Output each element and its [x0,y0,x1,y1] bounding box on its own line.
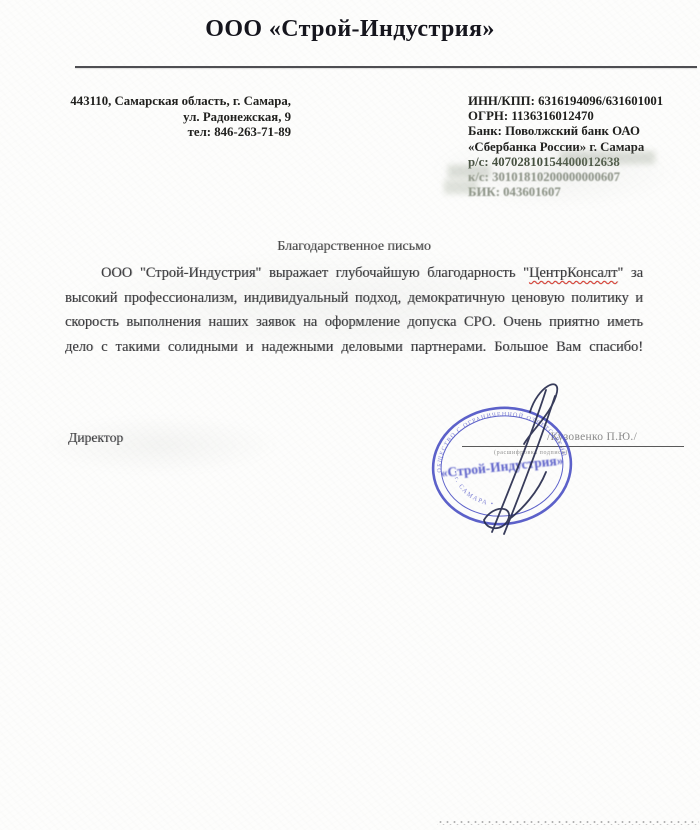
letter-line1-pre: ООО "Строй-Индустрия" выражает глубочайш… [101,265,529,281]
header-divider [75,66,697,68]
company-requisites-block: ИНН/КПП: 6316194096/631601001 ОГРН: 1136… [468,94,700,200]
stamp-and-signature: ОБЩЕСТВО С ОГРАНИЧЕННОЙ ОТВЕТСТВЕННОСТЬЮ… [420,372,700,547]
letter-line1-post: " за [617,265,643,281]
stamp-center-text: «Строй-Индустрия» [440,453,564,481]
address-line-street: ул. Радонежская, 9 [63,110,291,126]
letter-line-2: высокий профессионализм, индивидуальный … [65,286,643,311]
company-title: ООО «Строй-Индустрия» [0,16,700,43]
letter-brand-name: ЦентрКонсалт [529,265,617,281]
requisite-correspondent-account: к/с: 30101810200000000607 [468,170,700,185]
letter-heading: Благодарственное письмо [65,239,643,255]
bottom-perforation-dots [437,819,699,825]
requisite-bank-line1: Банк: Поволжский банк ОАО [468,124,700,139]
requisite-ogrn: ОГРН: 1136316012470 [468,109,700,124]
company-address-block: 443110, Самарская область, г. Самара, ул… [63,94,291,141]
address-line-city: 443110, Самарская область, г. Самара, [63,94,291,110]
requisite-inn-kpp: ИНН/КПП: 6316194096/631601001 [468,94,700,109]
letter-body: ООО "Строй-Индустрия" выражает глубочайш… [65,261,643,359]
requisite-bik: БИК: 043601607 [468,185,700,200]
director-label: Директор [68,430,123,446]
letter-line-3: скорость выполнения наших заявок на офор… [65,310,643,335]
requisite-settlement-account: р/с: 40702810154400012638 [468,155,700,170]
letter-line-4: дело с такими солидными и надежными дело… [65,335,643,360]
scanned-letter-page: ООО «Строй-Индустрия» 443110, Самарская … [0,0,700,830]
requisite-bank-line2: «Сбербанка России» г. Самара [468,140,700,155]
letter-line-1: ООО "Строй-Индустрия" выражает глубочайш… [65,261,643,286]
address-line-phone: тел: 846-263-71-89 [63,125,291,141]
